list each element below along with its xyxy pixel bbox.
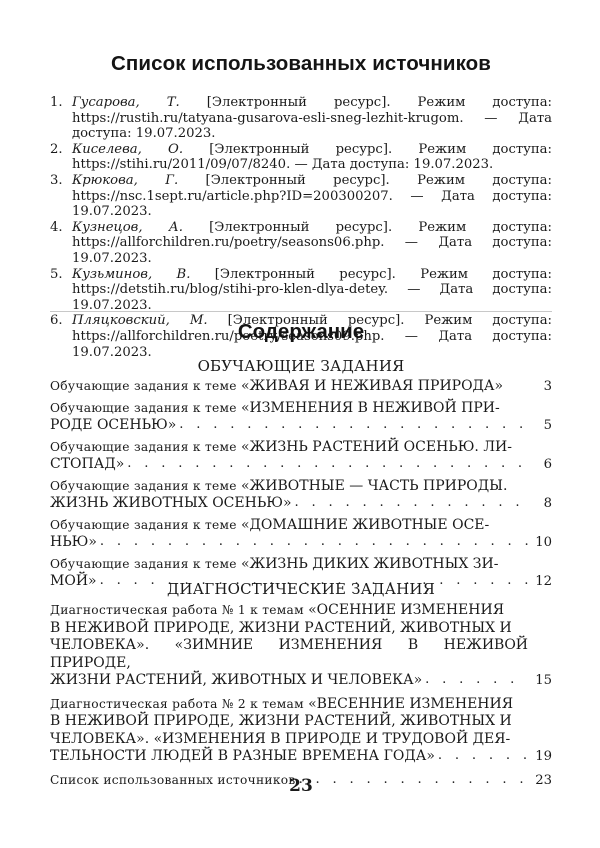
toc-entry-line: СТОПАД» . . . . . . . . . . . . . . . . … <box>50 456 528 474</box>
toc-page-number: 8 <box>528 496 552 513</box>
toc-entry-lead: Обучающие задания к теме <box>50 401 241 415</box>
toc-entry-line: В НЕЖИВОЙ ПРИРОДЕ, ЖИЗНИ РАСТЕНИЙ, ЖИВОТ… <box>50 713 528 731</box>
reference-text: Киселева, О. [Электронный ресурс]. Режим… <box>72 142 552 173</box>
toc-entry-line: ЖИЗНИ РАСТЕНИЙ, ЖИВОТНЫХ И ЧЕЛОВЕКА» . .… <box>50 672 528 690</box>
toc-entry-title: ТЕЛЬНОСТИ ЛЮДЕЙ В РАЗНЫЕ ВРЕМЕНА ГОДА» <box>50 748 435 764</box>
reference-item: 4.Кузнецов, А. [Электронный ресурс]. Реж… <box>50 220 552 267</box>
toc-page-number: 19 <box>528 749 552 766</box>
toc-entry-line: НЬЮ» . . . . . . . . . . . . . . . . . .… <box>50 534 528 552</box>
toc-entry-lead: Диагностическая работа № 1 к темам <box>50 603 308 617</box>
toc-entry-line: ЧЕЛОВЕКА». «ИЗМЕНЕНИЯ В ПРИРОДЕ И ТРУДОВ… <box>50 731 528 749</box>
toc-entry-lead: Обучающие задания к теме <box>50 479 241 493</box>
toc-entry[interactable]: Обучающие задания к теме «ЖИВОТНЫЕ — ЧАС… <box>50 478 552 513</box>
toc-entry-line: ЧЕЛОВЕКА». «ЗИМНИЕ ИЗМЕНЕНИЯ В НЕЖИВОЙ П… <box>50 637 528 672</box>
toc-entry-text: ЖИЗНЬ ЖИВОТНЫХ ОСЕНЬЮ» <box>50 495 292 513</box>
toc-entry[interactable]: Обучающие задания к теме «ЖИВАЯ И НЕЖИВА… <box>50 378 552 396</box>
toc-entry-title: «ОСЕННИЕ ИЗМЕНЕНИЯ <box>308 602 504 618</box>
reference-text: Кузьминов, В. [Электронный ресурс]. Режи… <box>72 267 552 314</box>
toc-entry[interactable]: Обучающие задания к теме «ЖИЗНЬ РАСТЕНИЙ… <box>50 439 552 474</box>
toc-entry-text: Обучающие задания к теме «ЖИВАЯ И НЕЖИВА… <box>50 378 503 396</box>
toc-entry-line: Диагностическая работа № 2 к темам «ВЕСЕ… <box>50 696 528 714</box>
toc-page-number: 5 <box>528 418 552 435</box>
toc-entry-text: РОДЕ ОСЕНЬЮ» <box>50 417 176 435</box>
toc-entry[interactable]: Обучающие задания к теме «ДОМАШНИЕ ЖИВОТ… <box>50 517 552 552</box>
toc-entry-line: РОДЕ ОСЕНЬЮ» . . . . . . . . . . . . . .… <box>50 417 528 435</box>
references-title: Список использованных источников <box>50 52 552 76</box>
reference-number: 4. <box>50 220 72 267</box>
toc-entry-title: НЬЮ» <box>50 534 97 550</box>
reference-author: Гусарова, Т. <box>72 95 180 110</box>
reference-author: Крюкова, Г. <box>72 173 178 188</box>
toc-entry-line: Обучающие задания к теме «ДОМАШНИЕ ЖИВОТ… <box>50 517 528 535</box>
reference-author: Киселева, О. <box>72 142 183 157</box>
toc-entry[interactable]: Диагностическая работа № 1 к темам «ОСЕН… <box>50 602 552 690</box>
section-heading-diagnostic: ДИАГНОСТИЧЕСКИЕ ЗАДАНИЯ <box>50 580 552 598</box>
toc-entry-title: В НЕЖИВОЙ ПРИРОДЕ, ЖИЗНИ РАСТЕНИЙ, ЖИВОТ… <box>50 620 512 636</box>
toc-leader-dots: . . . . . . . . . . . . . . . . . . . . … <box>124 456 528 474</box>
section-divider <box>50 311 552 312</box>
toc-diagnostic-tasks: Диагностическая работа № 1 к темам «ОСЕН… <box>50 602 552 795</box>
toc-entry-title: ЖИЗНЬ ЖИВОТНЫХ ОСЕНЬЮ» <box>50 495 292 511</box>
toc-entry-text: Обучающие задания к теме «ЖИЗНЬ РАСТЕНИЙ… <box>50 440 512 455</box>
toc-entry-title: «ДОМАШНИЕ ЖИВОТНЫЕ ОСЕ- <box>241 517 489 533</box>
toc-entry[interactable]: Обучающие задания к теме «ИЗМЕНЕНИЯ В НЕ… <box>50 400 552 435</box>
toc-entry-line: Обучающие задания к теме «ЖИЗНЬ РАСТЕНИЙ… <box>50 439 528 457</box>
toc-leader-dots: . . . . . . . . . . . . . . . . . . . . … <box>422 672 528 690</box>
reference-number: 5. <box>50 267 72 314</box>
toc-entry-text: Обучающие задания к теме «ДОМАШНИЕ ЖИВОТ… <box>50 518 489 533</box>
toc-page-number: 6 <box>528 457 552 474</box>
reference-text: Гусарова, Т. [Электронный ресурс]. Режим… <box>72 95 552 142</box>
toc-entry-line: Обучающие задания к теме «ЖИВАЯ И НЕЖИВА… <box>50 378 528 396</box>
toc-entry-text: НЬЮ» <box>50 534 97 552</box>
toc-entry-text: ЧЕЛОВЕКА». «ИЗМЕНЕНИЯ В ПРИРОДЕ И ТРУДОВ… <box>50 732 510 747</box>
toc-entry-line: В НЕЖИВОЙ ПРИРОДЕ, ЖИЗНИ РАСТЕНИЙ, ЖИВОТ… <box>50 620 528 638</box>
toc-entry-text: Диагностическая работа № 2 к темам «ВЕСЕ… <box>50 697 513 712</box>
reference-number: 3. <box>50 173 72 220</box>
reference-author: Кузнецов, А. <box>72 220 183 235</box>
toc-leader-dots: . . . . . . . . . . . . . . . . . . . . … <box>176 417 528 435</box>
reference-text: Кузнецов, А. [Электронный ресурс]. Режим… <box>72 220 552 267</box>
toc-entry-line: Обучающие задания к теме «ЖИВОТНЫЕ — ЧАС… <box>50 478 528 496</box>
toc-entry-line: Обучающие задания к теме «ЖИЗНЬ ДИКИХ ЖИ… <box>50 556 528 574</box>
toc-entry-text: Обучающие задания к теме «ЖИЗНЬ ДИКИХ ЖИ… <box>50 557 498 572</box>
reference-number: 1. <box>50 95 72 142</box>
toc-leader-dots: . . . . . . . . . . . . . . . . . . . . … <box>97 534 528 552</box>
toc-entry-text: ЧЕЛОВЕКА». «ЗИМНИЕ ИЗМЕНЕНИЯ В НЕЖИВОЙ П… <box>50 638 528 671</box>
toc-entry-text: СТОПАД» <box>50 456 124 474</box>
toc-entry-title: «ВЕСЕННИЕ ИЗМЕНЕНИЯ <box>308 696 513 712</box>
toc-entry-title: В НЕЖИВОЙ ПРИРОДЕ, ЖИЗНИ РАСТЕНИЙ, ЖИВОТ… <box>50 713 512 729</box>
toc-page-number: 10 <box>528 535 552 552</box>
toc-entry-lead: Обучающие задания к теме <box>50 440 241 454</box>
toc-entry-line: ТЕЛЬНОСТИ ЛЮДЕЙ В РАЗНЫЕ ВРЕМЕНА ГОДА» .… <box>50 748 528 766</box>
toc-entry-text: В НЕЖИВОЙ ПРИРОДЕ, ЖИЗНИ РАСТЕНИЙ, ЖИВОТ… <box>50 621 512 636</box>
toc-entry-line: Диагностическая работа № 1 к темам «ОСЕН… <box>50 602 528 620</box>
toc-entry-text: В НЕЖИВОЙ ПРИРОДЕ, ЖИЗНИ РАСТЕНИЙ, ЖИВОТ… <box>50 714 512 729</box>
toc-entry-title: РОДЕ ОСЕНЬЮ» <box>50 417 176 433</box>
toc-entry-title: «ЖИЗНЬ ДИКИХ ЖИВОТНЫХ ЗИ- <box>241 556 498 572</box>
toc-leader-dots: . . . . . . . . . . . . . . . . . . . . … <box>435 748 528 766</box>
toc-entry-line: Обучающие задания к теме «ИЗМЕНЕНИЯ В НЕ… <box>50 400 528 418</box>
toc-entry-title: «ЖИВОТНЫЕ — ЧАСТЬ ПРИРОДЫ. <box>241 478 507 494</box>
toc-entry-title: «ЖИЗНЬ РАСТЕНИЙ ОСЕНЬЮ. ЛИ- <box>241 439 512 455</box>
reference-author: Кузьминов, В. <box>72 267 190 282</box>
toc-entry-lead: Обучающие задания к теме <box>50 518 241 532</box>
toc-entry-text: Диагностическая работа № 1 к темам «ОСЕН… <box>50 603 504 618</box>
reference-item: 1.Гусарова, Т. [Электронный ресурс]. Реж… <box>50 95 552 142</box>
toc-entry-text: ЖИЗНИ РАСТЕНИЙ, ЖИВОТНЫХ И ЧЕЛОВЕКА» <box>50 672 422 690</box>
reference-number: 2. <box>50 142 72 173</box>
toc-entry-title: ЖИЗНИ РАСТЕНИЙ, ЖИВОТНЫХ И ЧЕЛОВЕКА» <box>50 672 422 688</box>
toc-entry-title: «ИЗМЕНЕНИЯ В НЕЖИВОЙ ПРИ- <box>241 400 500 416</box>
reference-item: 5.Кузьминов, В. [Электронный ресурс]. Ре… <box>50 267 552 314</box>
toc-page-number: 15 <box>528 673 552 690</box>
toc-entry-title: «ЖИВАЯ И НЕЖИВАЯ ПРИРОДА» <box>241 378 503 394</box>
toc-page-number: 3 <box>528 379 552 396</box>
toc-entry-text: Обучающие задания к теме «ЖИВОТНЫЕ — ЧАС… <box>50 479 507 494</box>
toc-entry-lead: Диагностическая работа № 2 к темам <box>50 697 308 711</box>
toc-entry-lead: Обучающие задания к теме <box>50 379 241 393</box>
toc-entry-line: ЖИЗНЬ ЖИВОТНЫХ ОСЕНЬЮ» . . . . . . . . .… <box>50 495 528 513</box>
reference-item: 2.Киселева, О. [Электронный ресурс]. Реж… <box>50 142 552 173</box>
page-number: 23 <box>50 776 552 796</box>
toc-leader-dots: . . . . . . . . . . . . . . . . . . . . … <box>292 495 528 513</box>
toc-entry[interactable]: Диагностическая работа № 2 к темам «ВЕСЕ… <box>50 696 552 766</box>
toc-training-tasks: Обучающие задания к теме «ЖИВАЯ И НЕЖИВА… <box>50 378 552 595</box>
toc-entry-title: ЧЕЛОВЕКА». «ИЗМЕНЕНИЯ В ПРИРОДЕ И ТРУДОВ… <box>50 731 510 747</box>
toc-entry-lead: Обучающие задания к теме <box>50 557 241 571</box>
reference-text: Крюкова, Г. [Электронный ресурс]. Режим … <box>72 173 552 220</box>
contents-title: Содержание <box>50 320 552 344</box>
toc-entry-title: ЧЕЛОВЕКА». «ЗИМНИЕ ИЗМЕНЕНИЯ В НЕЖИВОЙ П… <box>50 637 528 671</box>
toc-entry-text: Обучающие задания к теме «ИЗМЕНЕНИЯ В НЕ… <box>50 401 500 416</box>
reference-item: 3.Крюкова, Г. [Электронный ресурс]. Режи… <box>50 173 552 220</box>
section-heading-training: ОБУЧАЮЩИЕ ЗАДАНИЯ <box>50 357 552 375</box>
toc-entry-title: СТОПАД» <box>50 456 124 472</box>
toc-entry-text: ТЕЛЬНОСТИ ЛЮДЕЙ В РАЗНЫЕ ВРЕМЕНА ГОДА» <box>50 748 435 766</box>
